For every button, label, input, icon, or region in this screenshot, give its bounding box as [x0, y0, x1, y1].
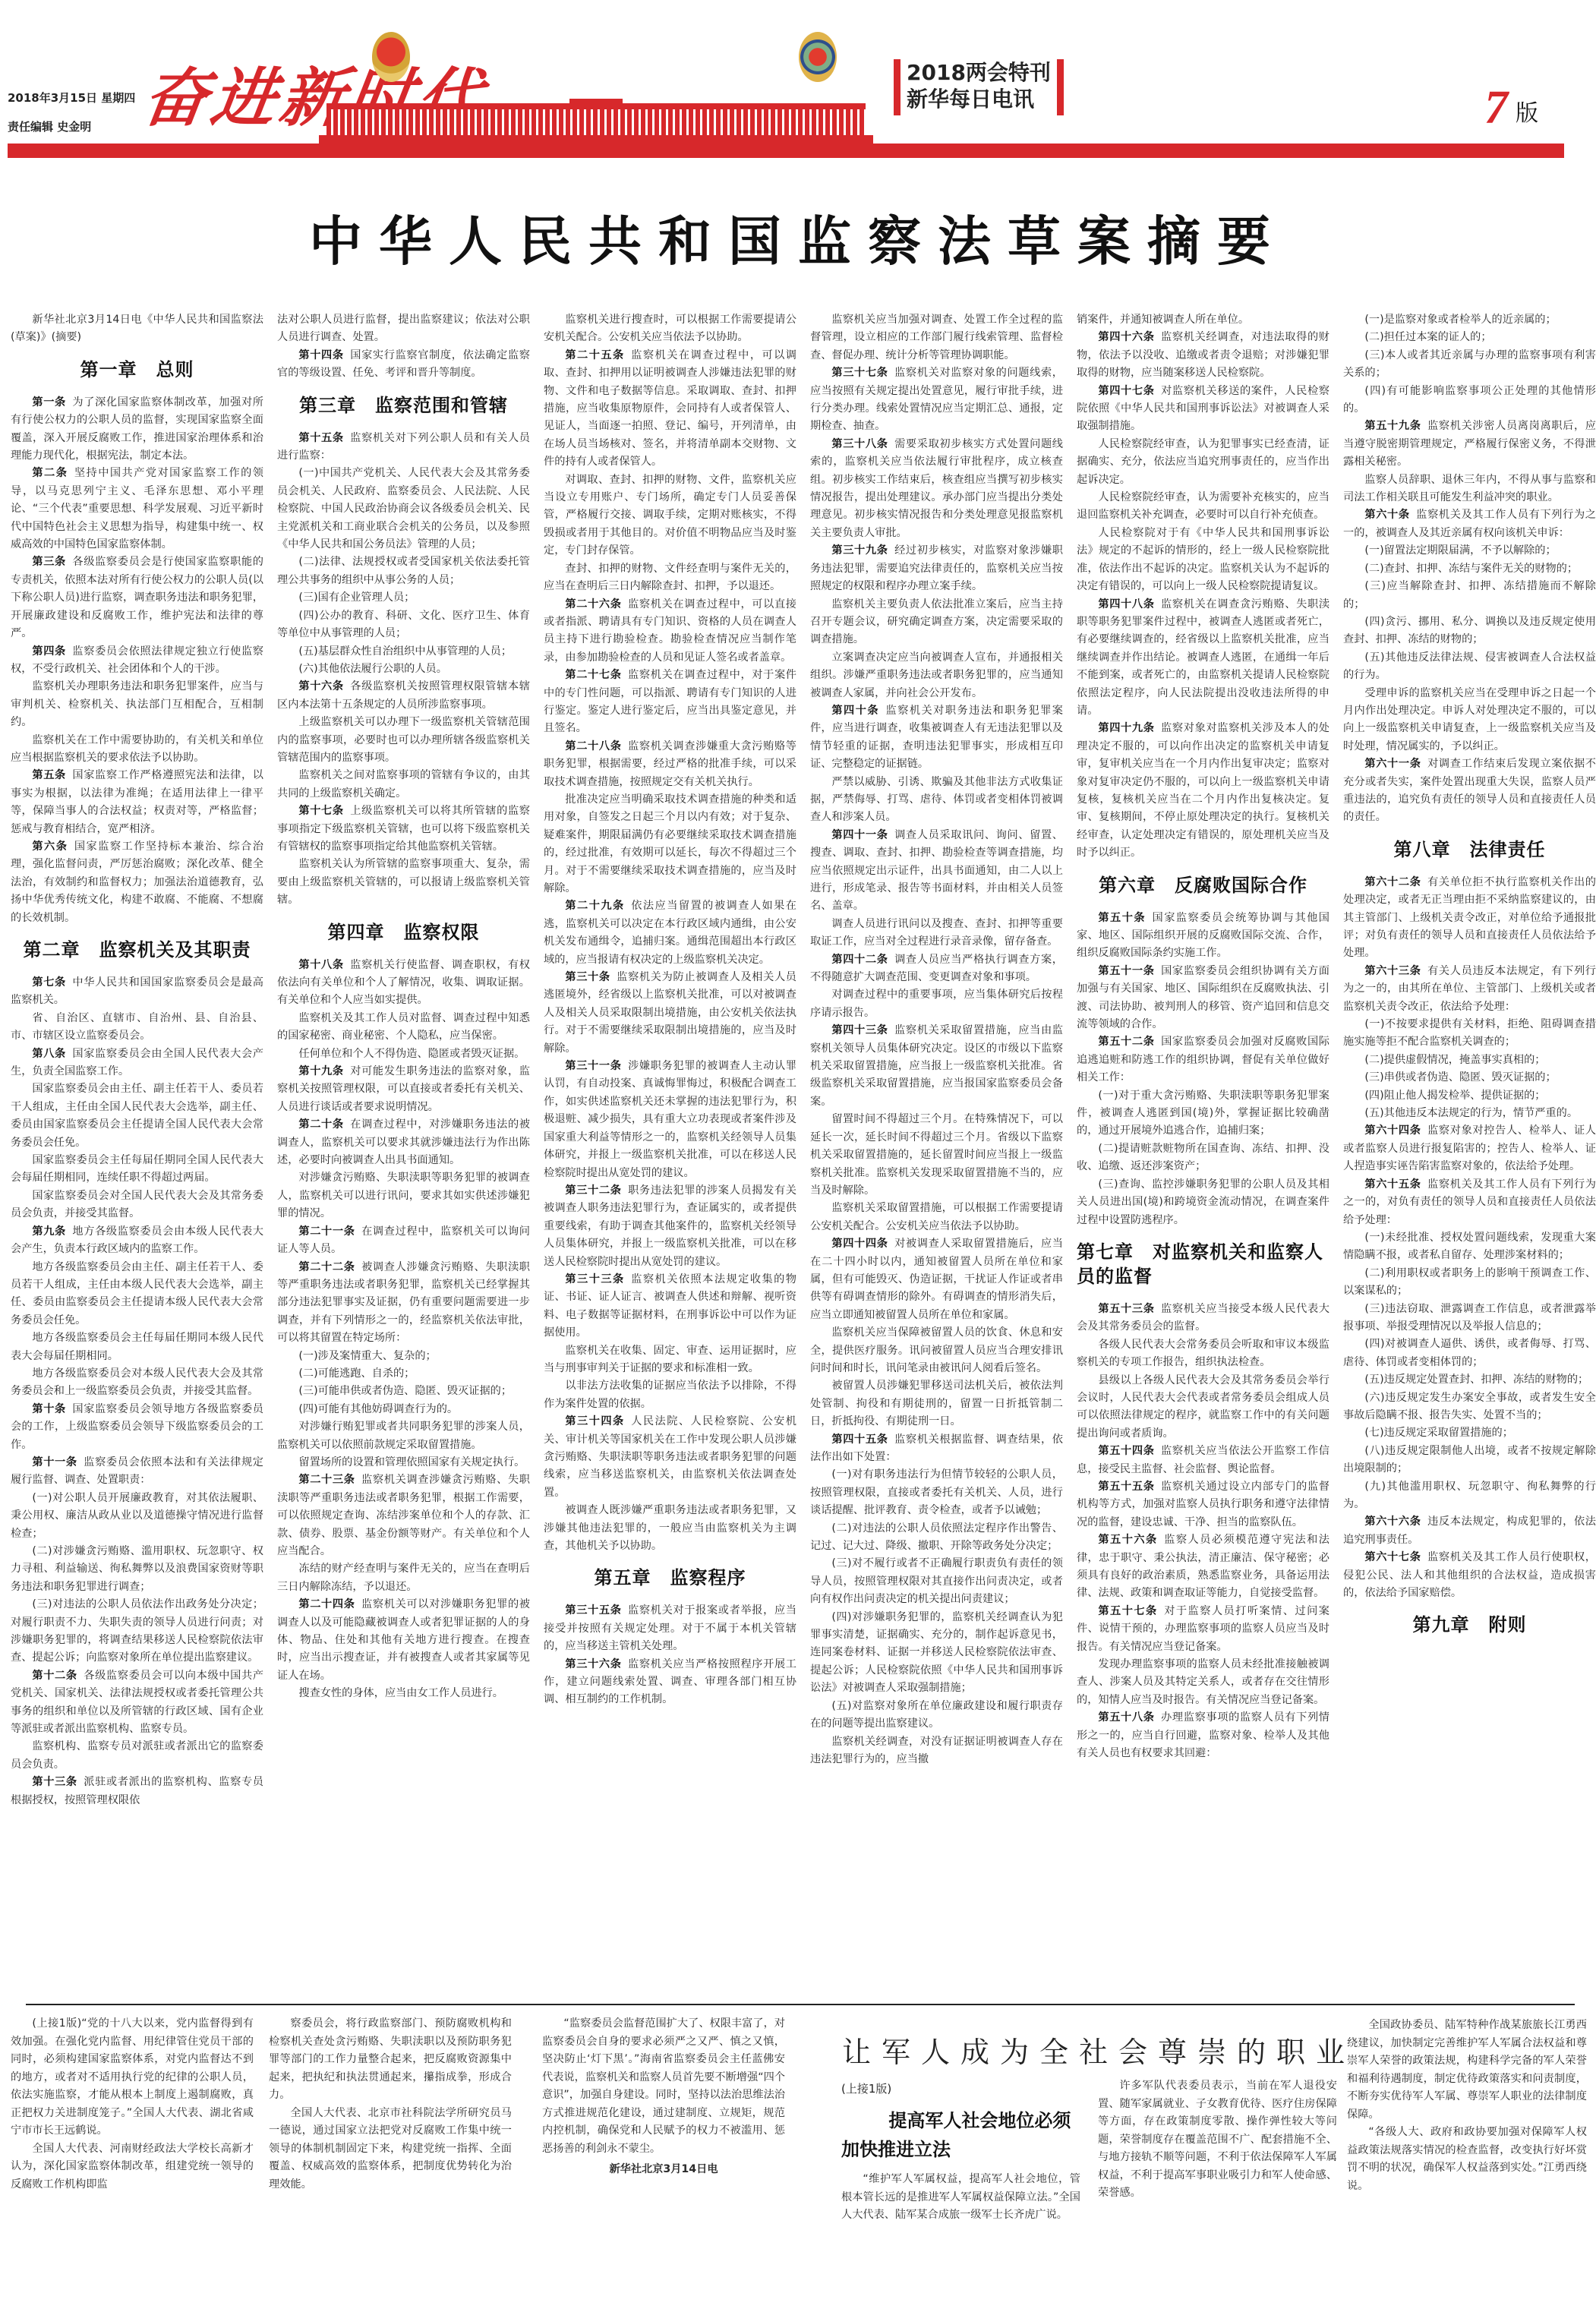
article-clause: (四)对涉嫌职务犯罪的，监察机关经调查认为犯罪事实清楚，证据确实、充分的，制作起… — [810, 1609, 1063, 1698]
article-clause: 销案件，并通知被调查人所在单位。 — [1077, 311, 1329, 329]
article-clause: 地方各级监察委员会对本级人民代表大会及其常务委员会和上一级监察委员会负责，并接受… — [11, 1365, 263, 1401]
article-text: (三)查询、监控涉嫌职务犯罪的公职人员及其相关人员进出国(境)和跨境资金流动情况… — [1077, 1178, 1329, 1226]
article-text: 监察机关及其工作人员对监督、调查过程中知悉的国家秘密、商业秘密、个人隐私，应当保… — [277, 1012, 530, 1042]
article-clause: (一)未经批准、授权处置问题线索，发现重大案情隐瞒不报，或者私自留存、处理涉案材… — [1343, 1229, 1596, 1265]
article-paragraph: 第三十九条经过初步核实，对监察对象涉嫌职务违法犯罪，需要追究法律责任的，监察机关… — [810, 542, 1063, 595]
article-list: 第六十二条有关单位拒不执行监察机关作出的处理决定，或者无正当理由拒不采纳监察建议… — [1343, 874, 1596, 1603]
masthead: 2018年3月15日 星期四 责任编辑 史金明 奋进新时代 2018两会特刊 新… — [0, 0, 1596, 175]
article-list: 第十八条监察机关行使监督、调查职权，有权依法向有关单位和个人了解情况，收集、调取… — [277, 957, 530, 1703]
article-paragraph: 第五十九条监察机关涉密人员离岗离职后，应当遵守脱密期管理规定，严格履行保密义务，… — [1343, 418, 1596, 471]
right-bracket-icon — [1057, 59, 1064, 115]
article-text: 国家监察委员会对全国人民代表大会及其常务委员会负责，并接受其监督。 — [11, 1190, 263, 1219]
article-text: 严禁以威胁、引诱、欺骗及其他非法方式收集证据，严禁侮辱、打骂、虐待、体罚或者变相… — [810, 776, 1063, 824]
responsible-editor: 责任编辑 史金明 — [8, 112, 135, 141]
article-number: 第三十条 — [565, 971, 610, 983]
article-clause: 监察机关在收集、固定、审查、运用证据时，应当与刑事审判关于证据的要求和标准相一致… — [544, 1342, 796, 1378]
article-paragraph: 第十八条监察机关行使监督、调查职权，有权依法向有关单位和个人了解情况，收集、调取… — [277, 957, 530, 1010]
article-clause: (二)提供虚假情况，掩盖事实真相的； — [1343, 1052, 1596, 1069]
article-clause: (三)违法窃取、泄露调查工作信息，或者泄露举报事项、举报受理情况以及举报人信息的… — [1343, 1301, 1596, 1336]
article-clause: 法对公职人员进行监督，提出监察建议；依法对公职人员进行调查、处置。 — [277, 311, 530, 347]
chapter-heading: 第二章 监察机关及其职责 — [11, 938, 263, 962]
article-clause: 监察机关及其工作人员对监督、调查过程中知悉的国家秘密、商业秘密、个人隐私，应当保… — [277, 1010, 530, 1046]
article-paragraph: 第三十六条监察机关应当严格按照程序开展工作，建立问题线索处置、调查、审理各部门相… — [544, 1656, 796, 1709]
article-clause: (七)违反规定采取留置措施的； — [1343, 1424, 1596, 1442]
article-clause: 发现办理监察事项的监察人员未经批准接触被调查人、涉案人员及其特定关系人，或者存在… — [1077, 1656, 1329, 1709]
article-number: 第六十五条 — [1364, 1178, 1421, 1191]
supervision-article-col1: (上接1版)“党的十八大以来，党内监督得到有效加强。在强化党内监督、用纪律管住党… — [11, 2015, 254, 2194]
article-clause: (五)对监察对象所在单位廉政建设和履行职责存在的问题等提出监察建议。 — [810, 1698, 1063, 1733]
article-text: 监察对象对监察机关涉及本人的处理决定不服的，可以向作出决定的监察机关申请复审，复… — [1077, 722, 1329, 859]
article-text: 对涉嫌贪污贿赂、失职渎职等职务犯罪的被调查人，监察机关可以进行讯问，要求其如实供… — [277, 1172, 530, 1219]
article-paragraph: 第二十八条监察机关调查涉嫌重大贪污贿赂等职务犯罪，根据需要，经过严格的批准手续，… — [544, 738, 796, 791]
article-text: 县级以上各级人民代表大会及其常务委员会举行会议时，人民代表大会代表或者常务委员会… — [1077, 1374, 1329, 1440]
article-text: 监察机关主要负责人依法批准立案后，应当主持召开专题会议，研究确定调查方案，决定需… — [810, 598, 1063, 646]
article-clause: 严禁以威胁、引诱、欺骗及其他非法方式收集证据，严禁侮辱、打骂、虐待、体罚或者变相… — [810, 774, 1063, 827]
article-paragraph: 第二十七条监察机关在调查过程中，对于案件中的专门性问题，可以指派、聘请有专门知识… — [544, 667, 796, 738]
article-number: 第六十六条 — [1364, 1516, 1421, 1528]
body-paragraph: “各级人大、政府和政协要加强对保障军人权益政策法规落实情况的检查监督，改变执行好… — [1347, 2124, 1587, 2195]
article-list: 第五十条国家监察委员会统筹协调与其他国家、地区、国际组织开展的反腐败国际交流、合… — [1077, 910, 1329, 1229]
article-paragraph: 第四十八条监察机关在调查贪污贿赂、失职渎职等职务犯罪案件过程中，被调查人逃匿或者… — [1077, 596, 1329, 721]
article-clause: (五)其他违反法律法规、侵害被调查人合法权益的行为。 — [1343, 649, 1596, 685]
article-number: 第五十八条 — [1098, 1711, 1154, 1724]
article-clause: (五)基层群众性自治组织中从事管理的人员； — [277, 643, 530, 661]
article-text: 搜查女性的身体，应当由女工作人员进行。 — [298, 1687, 503, 1699]
article-clause: (一)是监察对象或者检举人的近亲属的； — [1343, 311, 1596, 329]
article-clause: 批准决定应当明确采取技术调查措施的种类和适用对象，自签发之日起三个月以内有效；对… — [544, 791, 796, 897]
article-clause: 立案调查决定应当向被调查人宣布，并通报相关组织。涉嫌严重职务违法或者职务犯罪的，… — [810, 649, 1063, 702]
article-clause: (六)其他依法履行公职的人员。 — [277, 661, 530, 678]
article-paragraph: 第六十六条违反本法规定，构成犯罪的，依法追究刑事责任。 — [1343, 1513, 1596, 1549]
article-text: 对调取、查封、扣押的财物、文件，监察机关应当设立专用账户、专门场所，确定专门人员… — [544, 474, 796, 557]
article-clause: 受理申诉的监察机关应当在受理申诉之日起一个月内作出处理决定。申诉人对处理决定不服… — [1343, 685, 1596, 756]
article-number: 第六十四条 — [1364, 1124, 1421, 1137]
article-clause: 以非法方法收集的证据应当依法予以排除，不得作为案件处置的依据。 — [544, 1377, 796, 1413]
body-paragraph: (上接1版)“党的十八大以来，党内监督得到有效加强。在强化党内监督、用纪律管住党… — [11, 2015, 254, 2140]
article-list: 第七条中华人民共和国国家监察委员会是最高监察机关。省、自治区、直辖市、自治州、县… — [11, 974, 263, 1809]
column-2: 法对公职人员进行监督，提出监察建议；依法对公职人员进行调查、处置。第十四条国家实… — [277, 311, 530, 1997]
article-number: 第二十二条 — [298, 1261, 355, 1273]
article-text: (二)利用职权或者职务上的影响干预调查工作、以案谋私的； — [1343, 1267, 1596, 1297]
article-number: 第十九条 — [298, 1065, 343, 1077]
article-number: 第五十二条 — [1098, 1036, 1154, 1048]
military-article-title: 让军人成为全社会尊崇的职业 — [842, 2029, 1355, 2071]
article-paragraph: 第四十四条对被调查人采取留置措施后，应当在二十四小时以内，通知被留置人员所在单位… — [810, 1235, 1063, 1324]
article-number: 第四十四条 — [831, 1238, 888, 1250]
article-clause: (四)阻止他人揭发检举、提供证据的； — [1343, 1087, 1596, 1105]
article-clause: 监察机关认为所管辖的监察事项重大、复杂，需要由上级监察机关管辖的，可以报请上级监… — [277, 856, 530, 909]
article-text: 任何单位和个人不得伪造、隐匿或者毁灭证据。 — [298, 1048, 525, 1060]
article-paragraph: 第二十三条监察机关调查涉嫌贪污贿赂、失职渎职等严重职务违法或者职务犯罪，根据工作… — [277, 1471, 530, 1560]
article-text: 查封、扣押的财物、文件经查明与案件无关的，应当在查明后三日内解除查封、扣押，予以… — [544, 563, 796, 592]
article-paragraph: 第三十七条监察机关对监察对象的问题线索，应当按照有关规定提出处置意见，履行审批手… — [810, 364, 1063, 436]
article-text: (一)对于重大贪污贿赂、失职渎职等职务犯罪案件，被调查人逃匿到国(境)外，掌握证… — [1077, 1090, 1329, 1137]
article-text: 人民检察院对于有《中华人民共和国刑事诉讼法》规定的不起诉的情形的，经上一级人民检… — [1077, 527, 1329, 592]
great-hall-silhouette-icon — [319, 99, 873, 146]
dateline-intro: 新华社北京3月14日电《中华人民共和国监察法(草案)》(摘要) — [11, 311, 263, 347]
article-text: (一)未经批准、授权处置问题线索，发现重大案情隐瞒不报，或者私自留存、处理涉案材… — [1343, 1232, 1596, 1261]
article-clause: 搜查女性的身体，应当由女工作人员进行。 — [277, 1685, 530, 1702]
body-paragraph: “监察委员会监督范围扩大了、权限丰富了，对监察委员会自身的要求必须严之又严、慎之… — [542, 2015, 785, 2158]
article-clause: (三)本人或者其近亲属与办理的监察事项有利害关系的； — [1343, 347, 1596, 383]
article-number: 第四条 — [32, 645, 66, 658]
article-number: 第五十四条 — [1098, 1445, 1154, 1457]
article-list: 法对公职人员进行监督，提出监察建议；依法对公职人员进行调查、处置。第十四条国家实… — [277, 311, 530, 383]
article-clause: (一)中国共产党机关、人民代表大会及其常务委员会机关、人民政府、监察委员会、人民… — [277, 465, 530, 554]
article-text: 被调查人既涉嫌严重职务违法或者职务犯罪，又涉嫌其他违法犯罪的，一般应当由监察机关… — [544, 1504, 796, 1552]
article-clause: (三)对不履行或者不正确履行职责负有责任的领导人员，按照管理权限对其直接作出问责… — [810, 1555, 1063, 1608]
article-text: (二)提请赃款赃物所在国查询、冻结、扣押、没收、追缴、返还涉案资产； — [1077, 1143, 1329, 1172]
article-number: 第一条 — [32, 396, 66, 408]
article-paragraph: 第四十一条调查人员采取讯问、询问、留置、搜查、调取、查封、扣押、勘验检查等调查措… — [810, 827, 1063, 916]
article-number: 第十八条 — [298, 959, 343, 971]
article-text: 监察机关采取留置措施，可以根据工作需要提请公安机关配合。公安机关应当依法予以协助… — [810, 1202, 1063, 1232]
article-clause: 对涉嫌贪污贿赂、失职渎职等职务犯罪的被调查人，监察机关可以进行讯问，要求其如实供… — [277, 1169, 530, 1222]
article-text: (四)有可能影响监察事项公正处理的其他情形的。 — [1343, 385, 1596, 415]
article-text: (二)查封、扣押、冻结与案件无关的财物的； — [1364, 563, 1578, 575]
article-text: (五)违反规定处置查封、扣押、冻结的财物的； — [1364, 1374, 1588, 1386]
article-clause: 被调查人既涉嫌严重职务违法或者职务犯罪，又涉嫌其他违法犯罪的，一般应当由监察机关… — [544, 1502, 796, 1555]
article-text: (一)对有职务违法行为但情节较轻的公职人员，按照管理权限，直接或者委托有关机关、… — [810, 1468, 1063, 1516]
article-number: 第十七条 — [298, 805, 343, 817]
article-clause: 国家监察委员会对全国人民代表大会及其常务委员会负责，并接受其监督。 — [11, 1188, 263, 1223]
article-paragraph: 第六十一条对调查工作结束后发现立案依据不充分或者失实，案件处置出现重大失误，监察… — [1343, 755, 1596, 827]
supervision-article-col2: 察委员会，将行政监察部门、预防腐败机构和检察机关查处贪污贿赂、失职渎职以及预防职… — [269, 2015, 512, 2194]
article-number: 第五十条 — [1098, 912, 1146, 924]
article-clause: 县级以上各级人民代表大会及其常务委员会举行会议时，人民代表大会代表或者常务委员会… — [1077, 1372, 1329, 1443]
article-text: 坚持中国共产党对国家监察工作的领导，以马克思列宁主义、毛泽东思想、邓小平理论、“… — [11, 467, 263, 550]
article-text: (五)其他违反本法规定的行为，情节严重的。 — [1364, 1107, 1578, 1119]
article-number: 第五十三条 — [1098, 1303, 1154, 1315]
article-paragraph: 第二十四条监察机关可以对涉嫌职务犯罪的被调查人以及可能隐藏被调查人或者犯罪证据的… — [277, 1596, 530, 1685]
article-text: 留置场所的设置和管理依照国家有关规定执行。 — [298, 1456, 525, 1468]
article-list: 第十五条监察机关对下列公职人员和有关人员进行监察：(一)中国共产党机关、人民代表… — [277, 430, 530, 910]
body-paragraph: “维护军人军属权益，提高军人社会地位，管根本管长远的是推进军人军属权益保障立法。… — [841, 2171, 1080, 2225]
article-clause: 监察机关进行搜查时，可以根据工作需要提请公安机关配合。公安机关应当依法予以协助。 — [544, 311, 796, 347]
article-list: 第一条为了深化国家监察体制改革，加强对所有行使公权力的公职人员的监督，实现国家监… — [11, 394, 263, 927]
article-number: 第五十五条 — [1098, 1481, 1154, 1493]
article-clause: (三)查询、监控涉嫌职务犯罪的公职人员及其相关人员进出国(境)和跨境资金流动情况… — [1077, 1176, 1329, 1229]
article-number: 第四十八条 — [1098, 598, 1154, 610]
article-text: (三)对违法的公职人员依法作出政务处分决定；对履行职责不力、失职失责的领导人员进… — [11, 1598, 263, 1664]
article-clause: 人民检察院对于有《中华人民共和国刑事诉讼法》规定的不起诉的情形的，经上一级人民检… — [1077, 525, 1329, 596]
article-clause: 监察机构、监察专员对派驻或者派出它的监察委员会负责。 — [11, 1738, 263, 1774]
article-clause: 冻结的财产经查明与案件无关的，应当在查明后三日内解除冻结，予以退还。 — [277, 1560, 530, 1596]
article-paragraph: 第二条坚持中国共产党对国家监察工作的领导，以马克思列宁主义、毛泽东思想、邓小平理… — [11, 465, 263, 554]
article-text: (三)违法窃取、泄露调查工作信息，或者泄露举报事项、举报受理情况以及举报人信息的… — [1343, 1303, 1596, 1333]
article-paragraph: 第十五条监察机关对下列公职人员和有关人员进行监察： — [277, 430, 530, 465]
article-text: 职务违法犯罪的涉案人员揭发有关被调查人职务违法犯罪行为，查证属实的，或者提供重要… — [544, 1184, 796, 1268]
article-paragraph: 第二十五条监察机关在调查过程中，可以调取、查封、扣押用以证明被调查人涉嫌违法犯罪… — [544, 347, 796, 472]
article-number: 第五十七条 — [1098, 1605, 1157, 1617]
article-number: 第二十九条 — [565, 900, 624, 912]
article-clause: (二)法律、法规授权或者受国家机关依法委托管理公共事务的组织中从事公务的人员； — [277, 554, 530, 589]
article-clause: (一)不按要求提供有关材料，拒绝、阻碍调查措施实施等拒不配合监察机关调查的； — [1343, 1016, 1596, 1052]
article-clause: (二)提请赃款赃物所在国查询、冻结、扣押、没收、追缴、返还涉案资产； — [1077, 1140, 1329, 1176]
article-text: (四)对被调查人逼供、诱供，或者侮辱、打骂、虐待、体罚或者变相体罚的； — [1343, 1338, 1596, 1367]
article-number: 第六十七条 — [1364, 1551, 1421, 1563]
article-paragraph: 第七条中华人民共和国国家监察委员会是最高监察机关。 — [11, 974, 263, 1010]
article-text: 以非法方法收集的证据应当依法予以排除，不得作为案件处置的依据。 — [544, 1380, 796, 1409]
page-number-suffix: 版 — [1516, 94, 1538, 128]
article-paragraph: 第四十五条监察机关根据监督、调查结果，依法作出如下处置： — [810, 1431, 1063, 1467]
article-text: 调查人员采取讯问、询问、留置、搜查、调取、查封、扣押、勘验检查等调查措施，均应当… — [810, 829, 1063, 913]
body-paragraph: 察委员会，将行政监察部门、预防腐败机构和检察机关查处贪污贿赂、失职渎职以及预防职… — [269, 2015, 512, 2105]
article-number: 第二十四条 — [298, 1598, 355, 1610]
article-clause: (六)违反规定发生办案安全事故，或者发生安全事故后隐瞒不报、报告失实、处置不当的… — [1343, 1389, 1596, 1425]
article-paragraph: 第四十六条监察机关经调查，对违法取得的财物，依法予以没收、追缴或者责令退赔；对涉… — [1077, 329, 1329, 382]
article-text: 监察人员辞职、退休三年内，不得从事与监察和司法工作相关联且可能发生利益冲突的职业… — [1343, 474, 1596, 503]
cppcc-emblem-icon — [799, 32, 837, 82]
article-paragraph: 第二十二条被调查人涉嫌贪污贿赂、失职渎职等严重职务违法或者职务犯罪，监察机关已经… — [277, 1259, 530, 1348]
article-clause: (五)违反规定处置查封、扣押、冻结的财物的； — [1343, 1371, 1596, 1389]
article-clause: 任何单位和个人不得伪造、隐匿或者毁灭证据。 — [277, 1046, 530, 1063]
article-paragraph: 第十九条对可能发生职务违法的监察对象，监察机关按照管理权限，可以直接或者委托有关… — [277, 1063, 530, 1116]
article-text: 地方各级监察委员会主任每届任期同本级人民代表大会每届任期相同。 — [11, 1332, 263, 1361]
chapter-heading: 第六章 反腐败国际合作 — [1077, 873, 1329, 897]
article-clause: 监察人员辞职、退休三年内，不得从事与监察和司法工作相关联且可能发生利益冲突的职业… — [1343, 472, 1596, 507]
chapter-heading: 第七章 对监察机关和监察人员的监督 — [1077, 1240, 1329, 1288]
article-paragraph: 第五十二条国家监察委员会加强对反腐败国际追逃追赃和防逃工作的组织协调，督促有关单… — [1077, 1033, 1329, 1087]
special-edition-badge: 2018两会特刊 新华每日电讯 — [894, 59, 1064, 115]
article-number: 第六十条 — [1364, 509, 1409, 521]
article-clause: 省、自治区、直辖市、自治州、县、自治县、市、市辖区设立监察委员会。 — [11, 1010, 263, 1046]
article-paragraph: 第六十三条有关人员违反本法规定，有下列行为之一的，由其所在单位、主管部门、上级机… — [1343, 963, 1596, 1016]
article-clause: 国家监察委员会由主任、副主任若干人、委员若干人组成，主任由全国人民代表大会选举，… — [11, 1080, 263, 1152]
article-paragraph: 第三十一条涉嫌职务犯罪的被调查人主动认罪认罚，有自动投案、真诚悔罪悔过，积极配合… — [544, 1058, 796, 1182]
article-clause: (三)国有企业管理人员； — [277, 589, 530, 607]
article-number: 第五十九条 — [1364, 420, 1421, 432]
article-paragraph: 第三十二条职务违法犯罪的涉案人员揭发有关被调查人职务违法犯罪行为，查证属实的，或… — [544, 1182, 796, 1271]
article-text: (四)阻止他人揭发检举、提供证据的； — [1364, 1090, 1545, 1102]
article-text: (八)违反规定限制他人出境，或者不按规定解除出境限制的； — [1343, 1445, 1596, 1475]
article-text: 各级监察委员会是行使国家监察职能的专责机关，依照本法对所有行使公权力的公职人员(… — [11, 556, 263, 639]
article-number: 第二十五条 — [565, 349, 624, 361]
column-6: (一)是监察对象或者检举人的近亲属的；(二)担任过本案的证人的；(三)本人或者其… — [1343, 311, 1596, 1997]
article-paragraph: 第十六条各级监察机关按照管理权限管辖本辖区内本法第十五条规定的人员所涉监察事项。 — [277, 678, 530, 714]
article-text: 监察机关调查涉嫌贪污贿赂、失职渎职等严重职务违法或者职务犯罪，根据工作需要，可以… — [277, 1474, 530, 1557]
column-1: 新华社北京3月14日电《中华人民共和国监察法(草案)》(摘要) 第一章 总则 第… — [11, 311, 263, 1997]
article-text: (二)对违法的公职人员依照法定程序作出警告、记过、记大过、降级、撤职、开除等政务… — [810, 1522, 1063, 1552]
article-text: 受理申诉的监察机关应当在受理申诉之日起一个月内作出处理决定。申诉人对处理决定不服… — [1343, 687, 1596, 752]
article-text: 上级监察机关可以办理下一级监察机关管辖范围内的监察事项，必要时也可以办理所辖各级… — [277, 716, 530, 764]
article-clause: 上级监察机关可以办理下一级监察机关管辖范围内的监察事项，必要时也可以办理所辖各级… — [277, 714, 530, 767]
article-text: (一)对公职人员开展廉政教育，对其依法履职、秉公用权、廉洁从政从业以及道德操守情… — [11, 1492, 263, 1540]
article-number: 第三十二条 — [565, 1184, 621, 1197]
article-number: 第二十条 — [298, 1118, 343, 1131]
article-paragraph: 第四十九条监察对象对监察机关涉及本人的处理决定不服的，可以向作出决定的监察机关申… — [1077, 720, 1329, 862]
article-paragraph: 第五十条国家监察委员会统筹协调与其他国家、地区、国际组织开展的反腐败国际交流、合… — [1077, 910, 1329, 963]
body-paragraph: 全国政协委员、陆军特种作战某旅旅长江勇西绕建议，加快制定完善维护军人军属合法权益… — [1347, 2017, 1587, 2124]
article-paragraph: 第九条地方各级监察委员会由本级人民代表大会产生，负责本行政区域内的监察工作。 — [11, 1223, 263, 1259]
article-number: 第十条 — [32, 1403, 66, 1415]
chapter-heading: 第八章 法律责任 — [1343, 837, 1596, 862]
article-clause: (三)对违法的公职人员依法作出政务处分决定；对履行职责不力、失职失责的领导人员进… — [11, 1596, 263, 1667]
article-text: (三)可能串供或者伪造、隐匿、毁灭证据的； — [298, 1385, 512, 1397]
article-text: 国家监察委员会由主任、副主任若干人、委员若干人组成，主任由全国人民代表大会选举，… — [11, 1083, 263, 1148]
continued-from-label: (上接1版) — [841, 2080, 891, 2096]
article-clause: 监察机关经调查，对没有证据证明被调查人存在违法犯罪行为的，应当撤 — [810, 1733, 1063, 1769]
article-text: 监察机关为防止被调查人及相关人员逃匿境外，经省级以上监察机关批准，可以对被调查人… — [544, 971, 796, 1055]
article-text: (七)违反规定采取留置措施的； — [1364, 1427, 1513, 1439]
article-number: 第四十七条 — [1098, 385, 1154, 397]
article-paragraph: 第六条国家监察工作坚持标本兼治、综合治理，强化监督问责，严厉惩治腐败；深化改革、… — [11, 838, 263, 927]
article-number: 第四十一条 — [831, 829, 888, 841]
article-text: 国家监察工作坚持标本兼治、综合治理，强化监督问责，严厉惩治腐败；深化改革、健全法… — [11, 841, 263, 924]
article-text: (四)可能有其他妨碍调查行为的。 — [298, 1403, 458, 1415]
article-text: 销案件，并通知被调查人所在单位。 — [1077, 314, 1249, 326]
article-paragraph: 第四条监察委员会依照法律规定独立行使监察权，不受行政机关、社会团体和个人的干涉。 — [11, 643, 263, 679]
article-number: 第十四条 — [298, 349, 343, 361]
supervision-article-col3: “监察委员会监督范围扩大了、权限丰富了，对监察委员会自身的要求必须严之又严、慎之… — [542, 2015, 785, 2179]
article-number: 第三十五条 — [565, 1604, 621, 1617]
article-text: 地方各级监察委员会对本级人民代表大会及其常务委员会和上一级监察委员会负责，并接受… — [11, 1367, 263, 1397]
special-edition-line2: 新华每日电讯 — [907, 86, 1051, 112]
left-bracket-icon — [894, 59, 901, 115]
article-text: 监察机关应当保障被留置人员的饮食、休息和安全，提供医疗服务。讯问被留置人员应当合… — [810, 1326, 1063, 1374]
article-clause: (五)其他违反本法规定的行为，情节严重的。 — [1343, 1105, 1596, 1122]
article-text: 监察机关在调查贪污贿赂、失职渎职等职务犯罪案件过程中，被调查人逃匿或者死亡，有必… — [1077, 598, 1329, 717]
article-text: (三)应当解除查封、扣押、冻结措施而不解除的； — [1343, 580, 1596, 610]
special-edition-line1: 2018两会特刊 — [907, 59, 1051, 86]
article-clause: 各级人民代表大会常务委员会听取和审议本级监察机关的专项工作报告，组织执法检查。 — [1077, 1336, 1329, 1372]
article-paragraph: 第五十五条监察机关通过设立内部专门的监督机构等方式，加强对监察人员执行职务和遵守… — [1077, 1478, 1329, 1531]
article-paragraph: 第十条国家监察委员会领导地方各级监察委员会的工作，上级监察委员会领导下级监察委员… — [11, 1401, 263, 1454]
article-clause: (四)贪污、挪用、私分、调换以及违反规定使用查封、扣押、冻结的财物的； — [1343, 613, 1596, 649]
article-paragraph: 第五条国家监察工作严格遵照宪法和法律，以事实为根据，以法律为准绳；在适用法律上一… — [11, 767, 263, 838]
article-paragraph: 第二十九条依法应当留置的被调查人如果在逃，监察机关可以决定在本行政区域内通缉，由… — [544, 897, 796, 969]
article-clause: 监察机关采取留置措施，可以根据工作需要提请公安机关配合。公安机关应当依法予以协助… — [810, 1200, 1063, 1235]
article-text: 法对公职人员进行监督，提出监察建议；依法对公职人员进行调查、处置。 — [277, 314, 530, 343]
article-list: 销案件，并通知被调查人所在单位。第四十六条监察机关经调查，对违法取得的财物，依法… — [1077, 311, 1329, 863]
article-text: (二)可能逃跑、自杀的； — [298, 1367, 415, 1380]
article-text: 监察机关采取留置措施，应当由监察机关领导人员集体研究决定。设区的市级以下监察机关… — [810, 1024, 1063, 1108]
article-clause: 被留置人员涉嫌犯罪移送司法机关后，被依法判处管制、拘役和有期徒刑的，留置一日折抵… — [810, 1377, 1063, 1430]
article-text: 立案调查决定应当向被调查人宣布，并通报相关组织。涉嫌严重职务违法或者职务犯罪的，… — [810, 651, 1063, 699]
article-number: 第九条 — [32, 1225, 66, 1238]
article-text: (二)法律、法规授权或者受国家机关依法委托管理公共事务的组织中从事公务的人员； — [277, 556, 530, 585]
article-number: 第二十六条 — [565, 598, 621, 610]
article-text: 监察机关认为所管辖的监察事项重大、复杂，需要由上级监察机关管辖的，可以报请上级监… — [277, 858, 530, 906]
article-number: 第三条 — [32, 556, 66, 568]
article-text: 监察机关办理职务违法和职务犯罪案件，应当与审判机关、检察机关、执法部门互相配合，… — [11, 680, 263, 728]
article-text: 调查人员进行讯问以及搜查、查封、扣押等重要取证工作，应当对全过程进行录音录像，留… — [810, 918, 1063, 948]
article-text: 对调查过程中的重要事项，应当集体研究后按程序请示报告。 — [810, 989, 1063, 1018]
article-clause: (一)涉及案情重大、复杂的； — [277, 1348, 530, 1365]
article-number: 第三十六条 — [565, 1658, 621, 1670]
article-text: 监察机关在调查过程中，可以调取、查封、扣押用以证明被调查人涉嫌违法犯罪的财物、文… — [544, 349, 796, 468]
page-number-value: 7 — [1484, 87, 1508, 129]
issue-date: 2018年3月15日 星期四 — [8, 84, 135, 112]
article-paragraph: 第四十七条对监察机关移送的案件，人民检察院依照《中华人民共和国刑事诉讼法》对被调… — [1077, 383, 1329, 436]
article-paragraph: 第十一条监察委员会依照本法和有关法律规定履行监督、调查、处置职责： — [11, 1454, 263, 1490]
bottom-articles: (上接1版)“党的十八大以来，党内监督得到有效加强。在强化党内监督、用纪律管住党… — [11, 2015, 1590, 2307]
article-text: 各级人民代表大会常务委员会听取和审议本级监察机关的专项工作报告，组织执法检查。 — [1077, 1339, 1329, 1368]
article-clause: 留置时间不得超过三个月。在特殊情况下，可以延长一次，延长时间不得超过三个月。省级… — [810, 1111, 1063, 1200]
article-text: (四)贪污、挪用、私分、调换以及违反规定使用查封、扣押、冻结的财物的； — [1343, 616, 1596, 645]
article-text: 监察机关在工作中需要协助的，有关机关和单位应当根据监察机关的要求依法予以协助。 — [11, 734, 263, 764]
masthead-red-rule — [8, 144, 1564, 158]
article-clause: (三)应当解除查封、扣押、冻结措施而不解除的； — [1343, 578, 1596, 613]
article-text: (一)中国共产党机关、人民代表大会及其常务委员会机关、人民政府、监察委员会、人民… — [277, 467, 530, 550]
article-text: 冻结的财产经查明与案件无关的，应当在查明后三日内解除冻结，予以退还。 — [277, 1563, 530, 1592]
article-text: (五)对监察对象所在单位廉政建设和履行职责存在的问题等提出监察建议。 — [810, 1700, 1063, 1730]
article-number: 第十三条 — [32, 1776, 77, 1788]
national-emblem-icon — [372, 32, 410, 82]
article-list: 监察机关应当加强对调查、处置工作全过程的监督管理，设立相应的工作部门履行线索管理… — [810, 311, 1063, 1768]
article-number: 第四十六条 — [1098, 331, 1154, 343]
column-4: 监察机关应当加强对调查、处置工作全过程的监督管理，设立相应的工作部门履行线索管理… — [810, 311, 1063, 1997]
article-text: (三)串供或者伪造、隐匿、毁灭证据的； — [1364, 1071, 1556, 1083]
article-text: 国家监察委员会主任每届任期同全国人民代表大会每届任期相同，连续任职不得超过两届。 — [11, 1154, 263, 1184]
article-list: (一)是监察对象或者检举人的近亲属的；(二)担任过本案的证人的；(三)本人或者其… — [1343, 311, 1596, 827]
article-paragraph: 第六十七条监察机关及其工作人员行使职权，侵犯公民、法人和其他组织的合法权益，造成… — [1343, 1549, 1596, 1602]
article-paragraph: 第二十六条监察机关在调查过程中，可以直接或者指派、聘请具有专门知识、资格的人员在… — [544, 596, 796, 667]
body-paragraph: 全国人大代表、河南财经政法大学校长高新才认为，深化国家监察体制改革，组建党统一领… — [11, 2140, 254, 2194]
column-3: 监察机关进行搜查时，可以根据工作需要提请公安机关配合。公安机关应当依法予以协助。… — [544, 311, 796, 1997]
article-text: 批准决定应当明确采取技术调查措施的种类和适用对象，自签发之日起三个月以内有效；对… — [544, 793, 796, 894]
article-text: (二)担任过本案的证人的； — [1364, 331, 1491, 343]
article-paragraph: 第四十条监察机关对职务违法和职务犯罪案件，应当进行调查，收集被调查人有无违法犯罪… — [810, 702, 1063, 774]
chapter-heading: 第五章 监察程序 — [544, 1566, 796, 1590]
article-number: 第六十二条 — [1364, 876, 1421, 888]
article-paragraph: 第五十四条监察机关应当依法公开监察工作信息，接受民主监督、社会监督、舆论监督。 — [1077, 1443, 1329, 1478]
article-paragraph: 第三十四条人民法院、人民检察院、公安机关、审计机关等国家机关在工作中发现公职人员… — [544, 1413, 796, 1502]
article-clause: (九)其他滥用职权、玩忽职守、徇私舞弊的行为。 — [1343, 1478, 1596, 1514]
article-paragraph: 第三十五条监察机关对于报案或者举报，应当接受并按照有关规定处理。对于不属于本机关… — [544, 1602, 796, 1655]
article-paragraph: 第三十条监察机关为防止被调查人及相关人员逃匿境外，经省级以上监察机关批准，可以对… — [544, 969, 796, 1058]
article-text: (五)基层群众性自治组织中从事管理的人员； — [298, 645, 512, 658]
page-headline: 中华人民共和国监察法草案摘要 — [0, 199, 1596, 276]
article-clause: (二)查封、扣押、冻结与案件无关的财物的； — [1343, 560, 1596, 578]
article-number: 第二十八条 — [565, 740, 621, 752]
article-clause: (二)利用职权或者职务上的影响干预调查工作、以案谋私的； — [1343, 1265, 1596, 1301]
article-text: (二)提供虚假情况，掩盖事实真相的； — [1364, 1054, 1545, 1066]
article-text: 省、自治区、直辖市、自治州、县、自治县、市、市辖区设立监察委员会。 — [11, 1012, 263, 1042]
article-text: 对涉嫌行贿犯罪或者共同职务犯罪的涉案人员，监察机关可以依照前款规定采取留置措施。 — [277, 1421, 530, 1450]
article-paragraph: 第一条为了深化国家监察体制改革，加强对所有行使公权力的公职人员的监督，实现国家监… — [11, 394, 263, 465]
article-text: 监察机构、监察专员对派驻或者派出它的监察委员会负责。 — [11, 1740, 263, 1770]
article-number: 第四十九条 — [1098, 722, 1154, 734]
article-number: 第四十五条 — [831, 1434, 888, 1446]
article-clause: 监察机关之间对监察事项的管辖有争议的，由其共同的上级监察机关确定。 — [277, 767, 530, 803]
article-list: 第三十五条监察机关对于报案或者举报，应当接受并按照有关规定处理。对于不属于本机关… — [544, 1602, 796, 1708]
article-text: 需要采取初步核实方式处置问题线索的，监察机关应当依法履行审批程序，成立核查组。初… — [810, 438, 1063, 539]
article-text: 人民检察院经审查，认为需要补充核实的，应当退回监察机关补充调查，必要时可以自行补… — [1077, 491, 1329, 521]
article-clause: 人民检察院经审查，认为犯罪事实已经查清，证据确实、充分，依法应当追究刑事责任的，… — [1077, 436, 1329, 489]
article-clause: (二)对涉嫌贪污贿赂、滥用职权、玩忽职守、权力寻租、利益输送、徇私舞弊以及浪费国… — [11, 1543, 263, 1596]
article-clause: 国家监察委员会主任每届任期同全国人民代表大会每届任期相同，连续任职不得超过两届。 — [11, 1152, 263, 1188]
article-number: 第六十三条 — [1364, 965, 1421, 977]
article-paragraph: 第十三条派驻或者派出的监察机构、监察专员根据授权，按照管理权限依 — [11, 1774, 263, 1809]
article-text: (六)其他依法履行公职的人员。 — [298, 663, 447, 675]
article-clause: 人民检察院经审查，认为需要补充核实的，应当退回监察机关补充调查，必要时可以自行补… — [1077, 489, 1329, 525]
article-number: 第五条 — [32, 769, 66, 781]
article-clause: 监察机关应当保障被留置人员的饮食、休息和安全，提供医疗服务。讯问被留置人员应当合… — [810, 1324, 1063, 1377]
article-clause: (四)公办的教育、科研、文化、医疗卫生、体育等单位中从事管理的人员； — [277, 607, 530, 643]
article-number: 第五十六条 — [1098, 1534, 1157, 1546]
article-clause: (一)对有职务违法行为但情节较轻的公职人员，按照管理权限，直接或者委托有关机关、… — [810, 1466, 1063, 1519]
article-number: 第五十一条 — [1098, 965, 1154, 977]
article-text: (一)留置法定期限届满，不予以解除的； — [1364, 544, 1556, 557]
article-text: 监察机关在收集、固定、审查、运用证据时，应当与刑事审判关于证据的要求和标准相一致… — [544, 1345, 796, 1374]
article-dateline: 新华社北京3月14日电 — [542, 2161, 785, 2179]
article-number: 第十五条 — [298, 432, 343, 444]
body-paragraph: 全国人大代表、北京市社科院法学所研究员马一德说，通过国家立法把党对反腐败工作集中… — [269, 2105, 512, 2194]
article-paragraph: 第三十八条需要采取初步核实方式处置问题线索的，监察机关应当依法履行审批程序，成立… — [810, 436, 1063, 542]
page-number: 7 版 — [1484, 87, 1538, 129]
article-text: (一)是监察对象或者检举人的近亲属的； — [1364, 314, 1556, 326]
